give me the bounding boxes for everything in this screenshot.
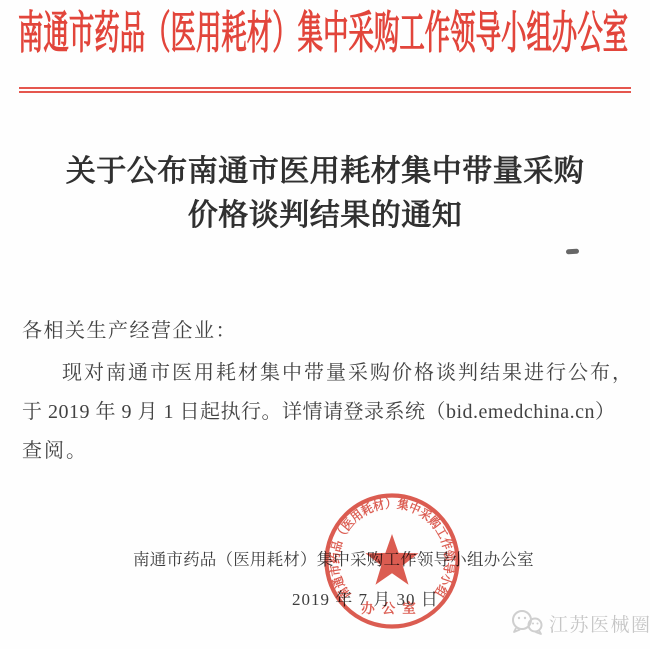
wechat-chat-bubbles-icon xyxy=(510,609,544,637)
seal-office-text: 办公室 xyxy=(361,600,423,616)
official-seal: 南通市药品（医用耗材）集中采购工作领导小组 办公室 xyxy=(317,486,467,636)
body-paragraph-line2: 于 2019 年 9 月 1 日起执行。详情请登录系统（bid.emedchin… xyxy=(22,395,616,424)
letterhead-divider-rule xyxy=(19,87,631,93)
scan-smudge-artifact xyxy=(566,249,579,255)
body-paragraph-line1: 现对南通市医用耗材集中带量采购价格谈判结果进行公布， xyxy=(62,356,634,385)
divider-line-bottom xyxy=(19,91,631,94)
scanned-notice-document: 南通市药品（医用耗材）集中采购工作领导小组办公室 关于公布南通市医用耗材集中带量… xyxy=(0,0,650,649)
salutation-text: 各相关生产经营企业： xyxy=(22,314,237,343)
official-seal-graphic: 南通市药品（医用耗材）集中采购工作领导小组 办公室 xyxy=(317,486,467,636)
document-title-line1: 关于公布南通市医用耗材集中带量采购 xyxy=(0,146,650,190)
watermark-label: 江苏医械圈 xyxy=(549,610,650,637)
watermark: 江苏医械圈 xyxy=(510,609,650,637)
body-paragraph-line3: 查阅。 xyxy=(22,434,88,463)
seal-star-icon xyxy=(365,534,418,585)
document-title-line2: 价格谈判结果的通知 xyxy=(0,190,650,234)
letterhead-org-name: 南通市药品（医用耗材）集中采购工作领导小组办公室 xyxy=(18,4,628,62)
